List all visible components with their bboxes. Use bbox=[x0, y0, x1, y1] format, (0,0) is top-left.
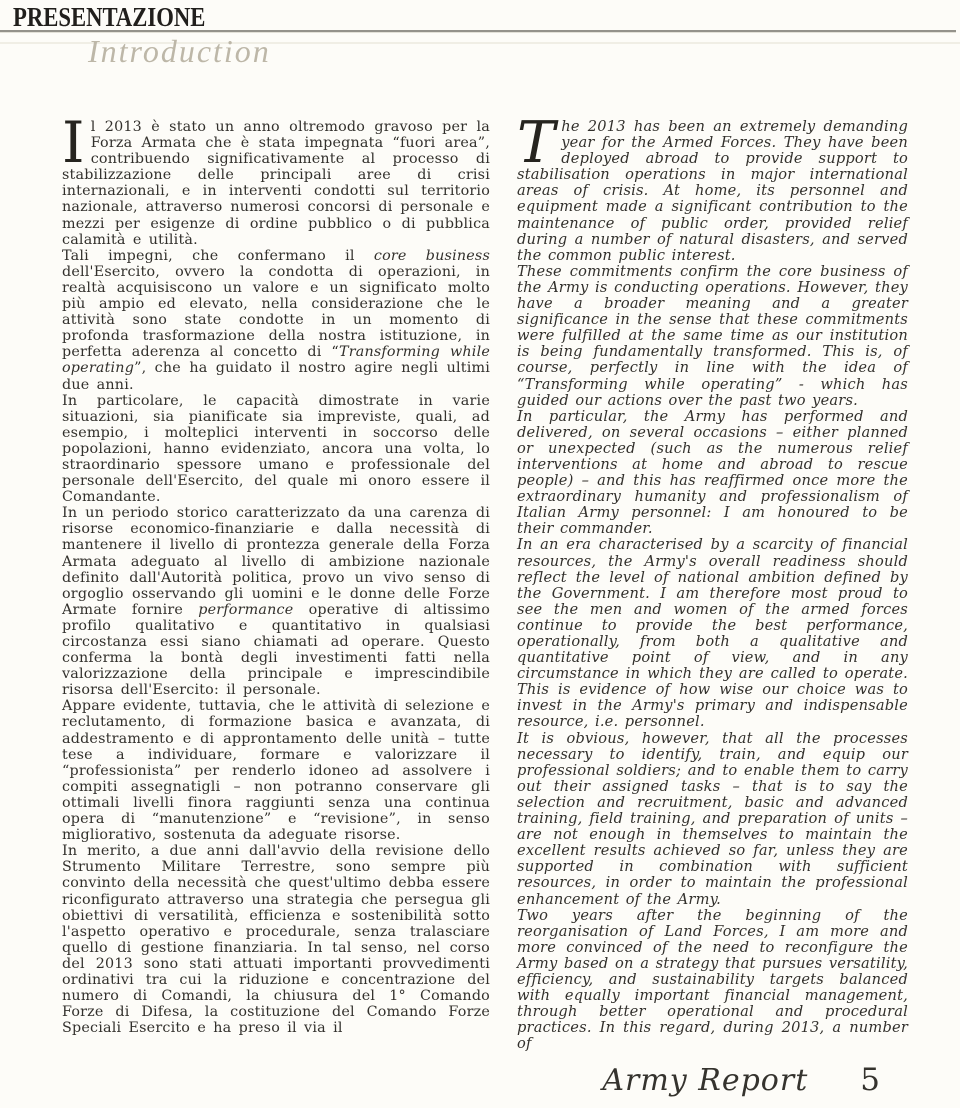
paragraph: In merito, a due anni dall'avvio della r… bbox=[62, 843, 490, 1036]
paragraph: In particolare, le capacità dimostrate i… bbox=[62, 393, 490, 506]
paragraph: Tali impegni, che confermano il core bus… bbox=[62, 248, 490, 393]
drop-cap: I bbox=[62, 119, 91, 166]
paragraph: In particular, the Army has performed an… bbox=[517, 409, 908, 538]
page-kicker: PRESENTAZIONE bbox=[13, 3, 205, 31]
document-page: PRESENTAZIONE Introduction Il 2013 è sta… bbox=[0, 0, 960, 1108]
drop-cap: T bbox=[517, 119, 561, 166]
page-title: Introduction bbox=[88, 34, 271, 68]
two-column-body: Il 2013 è stato un anno oltremodo gravos… bbox=[62, 119, 908, 1052]
footer-report-title: Army Report bbox=[602, 1063, 808, 1098]
paragraph: In an era characterised by a scarcity of… bbox=[517, 537, 908, 730]
column-english: The 2013 has been an extremely demanding… bbox=[517, 119, 908, 1052]
paragraph: These commitments confirm the core busin… bbox=[517, 264, 908, 409]
column-italian: Il 2013 è stato un anno oltremodo gravos… bbox=[62, 119, 490, 1052]
footer-page-number: 5 bbox=[860, 1062, 880, 1098]
paragraph: The 2013 has been an extremely demanding… bbox=[517, 119, 908, 264]
paragraph: Appare evidente, tuttavia, che le attivi… bbox=[62, 698, 490, 843]
paragraph: In un periodo storico caratterizzato da … bbox=[62, 505, 490, 698]
paragraph: Il 2013 è stato un anno oltremodo gravos… bbox=[62, 119, 490, 248]
paragraph: Two years after the beginning of the reo… bbox=[517, 908, 908, 1053]
page-footer: Army Report 5 bbox=[602, 1062, 880, 1098]
paragraph: It is obvious, however, that all the pro… bbox=[517, 731, 908, 908]
